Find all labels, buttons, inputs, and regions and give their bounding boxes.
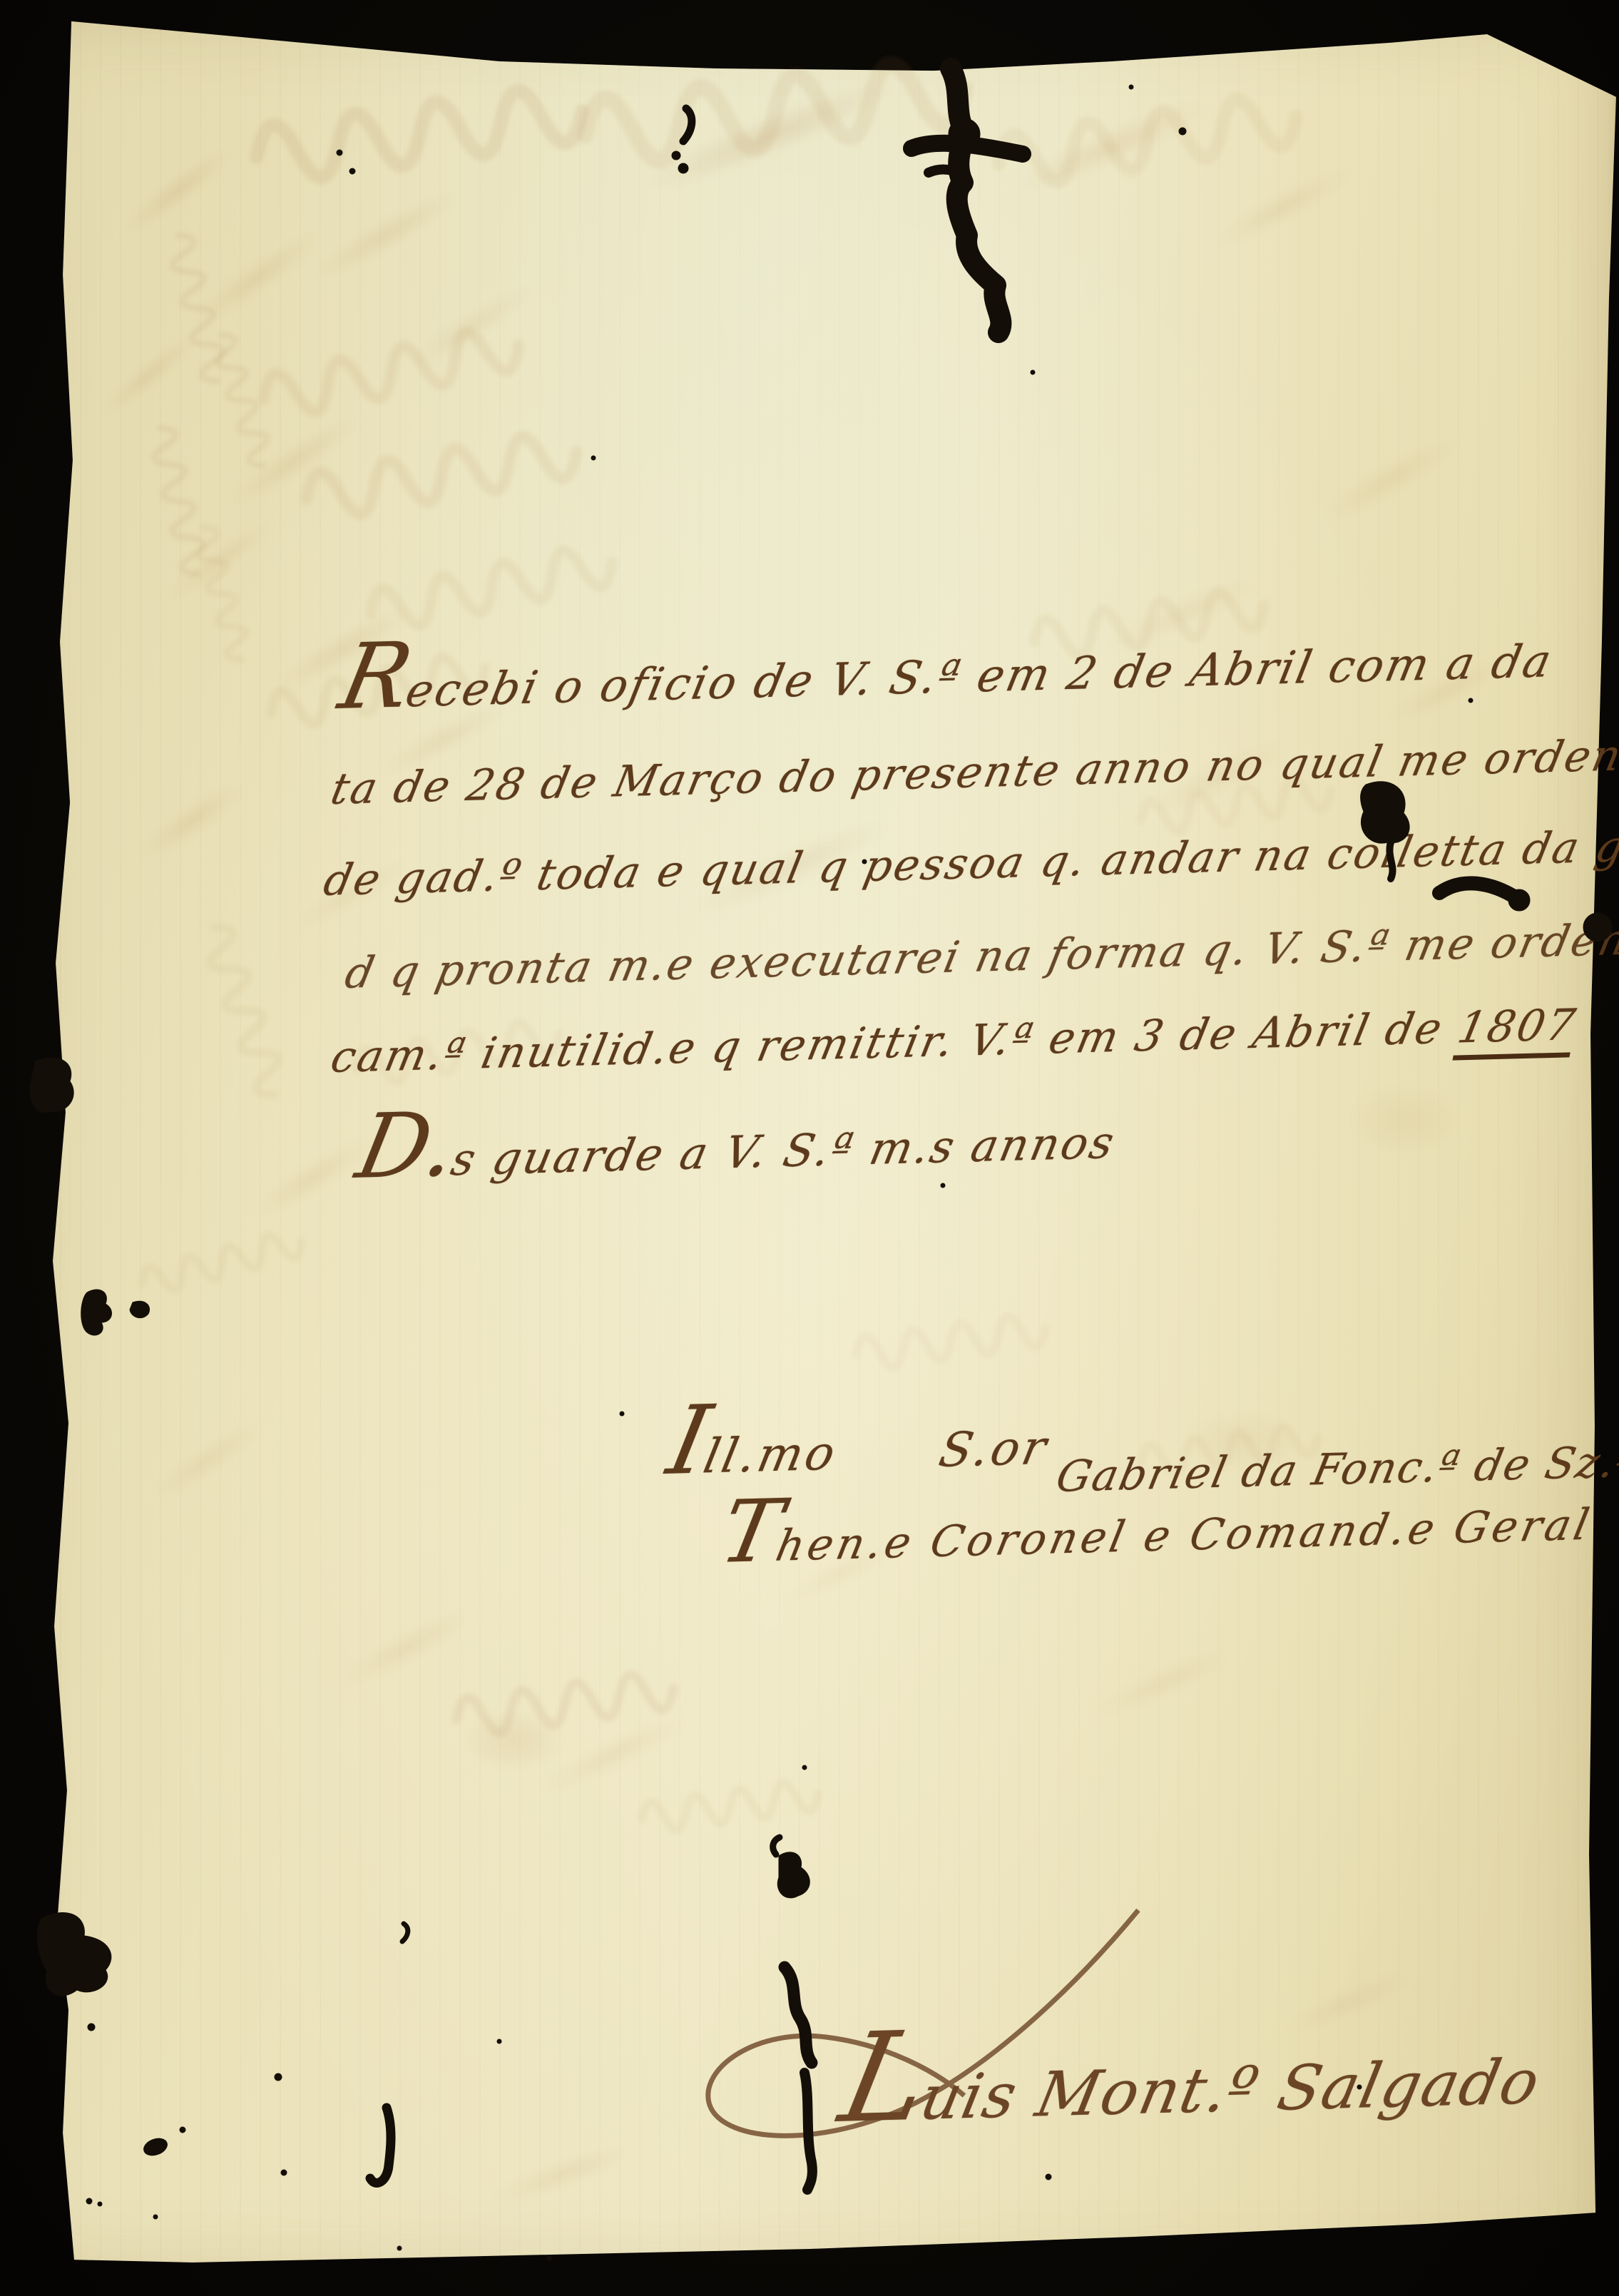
ink-blot-line3-dot: [1508, 889, 1530, 911]
ink-edge-blot-right: [1583, 913, 1612, 942]
edge-notch-left-upper: [30, 1058, 73, 1112]
photo-background: Recebi o oficio de V. S.ª em 2 de Abril …: [0, 0, 1619, 2296]
ink-blob-center-bottom: [777, 1852, 809, 1898]
ink-blob-center-tail: [773, 1837, 780, 1854]
signature-flourish: [708, 1910, 1138, 2136]
ink-spots-left: [81, 1290, 150, 1335]
ink-blot-line2: [1361, 782, 1410, 843]
ink-comma-bottom: [402, 1924, 408, 1942]
ink-blob-bottom-left: [141, 2136, 169, 2158]
ink-comma-mark: [683, 108, 692, 141]
ink-marks: [0, 0, 1619, 2296]
ink-specks: [86, 85, 1473, 2260]
edge-notch-left-lower: [37, 1912, 111, 1996]
ink-tear-top: [911, 68, 1023, 332]
ink-tear-top-knot: [949, 118, 980, 150]
ink-blot-line2-tail: [1389, 842, 1392, 879]
ink-blot-line3-end: [1439, 883, 1518, 899]
ink-j-mark-bottom: [370, 2108, 391, 2183]
ink-streak-center-bottom: [785, 1967, 812, 2190]
